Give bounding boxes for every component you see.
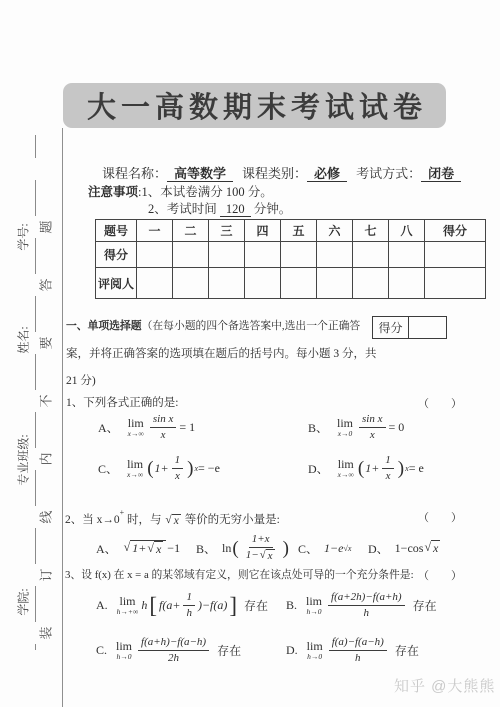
option-label: C、	[98, 460, 118, 477]
exists-text: 存在	[395, 642, 419, 659]
score-table-header-cell: 二	[173, 220, 209, 242]
exam-mode-value: 闭卷	[421, 166, 461, 182]
reviewer-row: 评阅人	[96, 268, 486, 299]
term: )−f(a)	[198, 598, 227, 613]
limit: limx→∞	[127, 458, 143, 479]
q3-stem: 3、设 f(x) 在 x = a 的某邻域有定义，则它在该点处可导的一个充分条件…	[65, 567, 414, 582]
sqrt: √x	[147, 541, 163, 557]
sqrt: √x	[424, 540, 440, 556]
option-label: B.	[286, 598, 297, 613]
fraction: 1x	[382, 454, 394, 482]
section1-heading-rest: （在每小题的四个备选答案中,选出一个正确答	[142, 320, 361, 332]
q2-stem-text: 时，与	[124, 514, 164, 526]
term: 1+	[155, 461, 169, 476]
score-cell	[353, 242, 389, 268]
seal-char: 题	[36, 220, 55, 233]
seal-char: 要	[36, 336, 55, 349]
sqrt: √1+√x	[124, 540, 167, 557]
score-cell	[137, 242, 173, 268]
limit: limh→0	[116, 640, 132, 661]
score-cell	[425, 242, 486, 268]
exam-mode-label: 考试方式：	[356, 166, 421, 181]
course-info-line: 课程名称：高等数学课程类别：必修考试方式：闭卷	[102, 163, 470, 182]
section1-line-2: 案，并将正确答案的选项填在题后的括号内。每小题 3 分，共	[66, 345, 377, 361]
section1-heading: 一、单项选择题（在每小题的四个备选答案中,选出一个正确答	[66, 318, 360, 333]
reviewer-cell	[173, 268, 209, 299]
fraction: sin xx	[359, 413, 385, 441]
notes-line-1: 注意事项:1、本试卷满分 100 分。	[88, 182, 273, 200]
section1-heading-title: 一、单项选择题	[66, 320, 142, 332]
exists-text: 存在	[217, 642, 241, 659]
reviewer-cell	[209, 268, 245, 299]
score-row-label: 得分	[96, 242, 137, 268]
q1-option-d: D、 limx→∞ ( 1+ 1x ) x = e	[308, 450, 424, 486]
exam-duration-value: 120	[220, 202, 251, 217]
score-table-header-cell: 一	[137, 220, 173, 242]
seal-char: 答	[36, 278, 55, 291]
course-category-value: 必修	[307, 166, 347, 182]
q2-option-a: A、 √1+√x −1	[96, 533, 180, 563]
content-border-line	[62, 128, 63, 707]
option-label: D.	[286, 643, 298, 658]
option-label: B、	[308, 419, 328, 436]
left-bracket: [	[149, 594, 157, 617]
reviewer-cell	[317, 268, 353, 299]
seal-char: 不	[36, 394, 55, 407]
fraction: sin xx	[150, 413, 176, 441]
limit: limx→0	[337, 417, 353, 438]
score-table-header-cell: 三	[209, 220, 245, 242]
score-cell	[281, 242, 317, 268]
term: 1+	[365, 461, 379, 476]
function-name: ln	[222, 541, 231, 556]
reviewer-cell	[353, 268, 389, 299]
notes-line-2-pre: 2、考试时间	[148, 202, 217, 216]
score-summary-table: 题号 一 二 三 四 五 六 七 八 得分 得分 评阅人	[95, 219, 486, 299]
score-table-header-cell: 六	[317, 220, 353, 242]
limit: limh→+∞	[117, 595, 139, 616]
q1-answer-paren: （ ）	[418, 395, 462, 411]
option-label: A、	[96, 540, 117, 557]
fraction: f(a+h)−f(a−h)2h	[138, 636, 209, 664]
q2-answer-paren: （ ）	[418, 509, 462, 525]
score-cell	[173, 242, 209, 268]
term: 1−cos	[395, 541, 424, 556]
equation-tail: = −e	[198, 461, 220, 476]
notes-line-2: 2、考试时间 120 分钟。	[148, 199, 291, 217]
equation-tail: −1	[167, 541, 180, 556]
seal-char: 内	[36, 452, 55, 465]
exponent: √x	[343, 544, 351, 553]
seal-char: 订	[36, 568, 55, 581]
course-name-value: 高等数学	[167, 166, 233, 182]
score-table-header-cell: 五	[281, 220, 317, 242]
section1-score-box: 得分	[372, 316, 447, 339]
left-paren: (	[358, 459, 364, 478]
course-name-label: 课程名称：	[102, 166, 167, 181]
score-cell	[317, 242, 353, 268]
q2-option-d: D、 1−cos √x	[368, 533, 441, 563]
q2-stem-text: 等价的无穷小量是:	[182, 514, 280, 526]
q1-stem: 1、下列各式正确的是:	[66, 394, 178, 410]
score-table-header-cell: 七	[353, 220, 389, 242]
sqrt: √x	[165, 514, 180, 527]
seal-char: 线	[36, 510, 55, 523]
term: f(a+	[159, 598, 180, 613]
right-bracket: ]	[229, 594, 237, 617]
section1-line-3: 21 分)	[66, 372, 96, 388]
option-label: A、	[98, 419, 119, 436]
seal-char: 装	[36, 626, 55, 639]
option-label: B、	[196, 540, 216, 557]
option-label: D、	[308, 460, 329, 477]
score-cell	[245, 242, 281, 268]
q1-option-a: A、 limx→∞ sin xx = 1	[98, 410, 195, 444]
option-label: C、	[298, 540, 318, 557]
exists-text: 存在	[244, 597, 268, 614]
q1-option-b: B、 limx→0 sin xx = 0	[308, 410, 404, 444]
reviewer-cell	[245, 268, 281, 299]
exam-paper-page: 大一高数期末考试试卷 题 答 要 不 内 线 订 装 学号: 姓名: 专业班级:…	[0, 0, 500, 707]
score-table-header-cell: 四	[245, 220, 281, 242]
fraction: f(a+2h)−f(a+h)h	[328, 591, 405, 619]
q3-option-d: D. limh→0 f(a)−f(a−h)h 存在	[286, 633, 419, 667]
q2-option-b: B、 ln ( 1+x1−√x )	[196, 533, 290, 563]
limit: limh→0	[307, 640, 323, 661]
score-table-header-cell: 八	[389, 220, 425, 242]
class-label: 专业班级:	[15, 434, 32, 485]
student-name-label: 姓名:	[15, 326, 32, 353]
limit: limh→0	[306, 595, 322, 616]
reviewer-cell	[137, 268, 173, 299]
left-paren: (	[232, 539, 238, 558]
q3-option-c: C. limh→0 f(a+h)−f(a−h)2h 存在	[96, 633, 241, 667]
student-id-label: 学号:	[15, 223, 32, 250]
right-paren: )	[283, 539, 289, 558]
q3-answer-paren: （ ）	[418, 567, 462, 583]
limit: limx→∞	[128, 417, 144, 438]
term: h	[141, 598, 147, 613]
q3-option-b: B. limh→0 f(a+2h)−f(a+h)h 存在	[286, 588, 437, 622]
reviewer-row-label: 评阅人	[96, 268, 137, 299]
equation-tail: = e	[409, 461, 424, 476]
notes-line-2-post: 分钟。	[254, 202, 292, 216]
course-category-label: 课程类别：	[242, 166, 307, 181]
exists-text: 存在	[413, 597, 437, 614]
score-cell	[389, 242, 425, 268]
score-row: 得分	[96, 242, 486, 268]
reviewer-cell	[389, 268, 425, 299]
equation-tail: = 1	[179, 420, 195, 435]
left-paren: (	[147, 459, 153, 478]
sqrt: √x	[260, 549, 275, 563]
fraction: 1x	[172, 454, 184, 482]
q1-option-c: C、 limx→∞ ( 1+ 1x ) x = −e	[98, 450, 220, 486]
score-table-header-cell: 得分	[425, 220, 486, 242]
section1-score-value-cell	[409, 317, 447, 339]
fraction: 1+x1−√x	[243, 533, 279, 562]
option-label: A.	[96, 598, 108, 613]
score-table-header-cell: 题号	[96, 220, 137, 242]
reviewer-cell	[281, 268, 317, 299]
score-cell	[209, 242, 245, 268]
score-table-header-row: 题号 一 二 三 四 五 六 七 八 得分	[96, 220, 486, 242]
option-label: C.	[96, 643, 107, 658]
q2-stem: 2、当 x→0+ 时，与 √x 等价的无穷小量是:	[65, 508, 280, 527]
term: 1−e	[324, 541, 343, 556]
option-label: D、	[368, 540, 389, 557]
fraction: 1h	[183, 591, 195, 619]
equation-tail: = 0	[389, 420, 405, 435]
reviewer-cell	[425, 268, 486, 299]
q2-stem-text: 2、当 x→0	[65, 514, 120, 526]
page-title: 大一高数期末考试试卷	[63, 83, 446, 128]
section1-score-label: 得分	[373, 317, 409, 339]
notes-line-1-text: :1、本试卷满分 100 分。	[138, 185, 273, 199]
limit: limx→∞	[338, 458, 354, 479]
q2-option-c: C、 1−e √x	[298, 533, 351, 563]
right-paren: )	[187, 459, 193, 478]
notes-heading: 注意事项	[88, 185, 138, 199]
zhihu-watermark: 知乎 @大熊熊	[394, 675, 495, 696]
fraction: f(a)−f(a−h)h	[329, 636, 387, 664]
right-paren: )	[398, 459, 404, 478]
q3-option-a: A. limh→+∞ h [ f(a+ 1h )−f(a) ] 存在	[96, 588, 268, 622]
college-label: 学院:	[15, 588, 32, 615]
